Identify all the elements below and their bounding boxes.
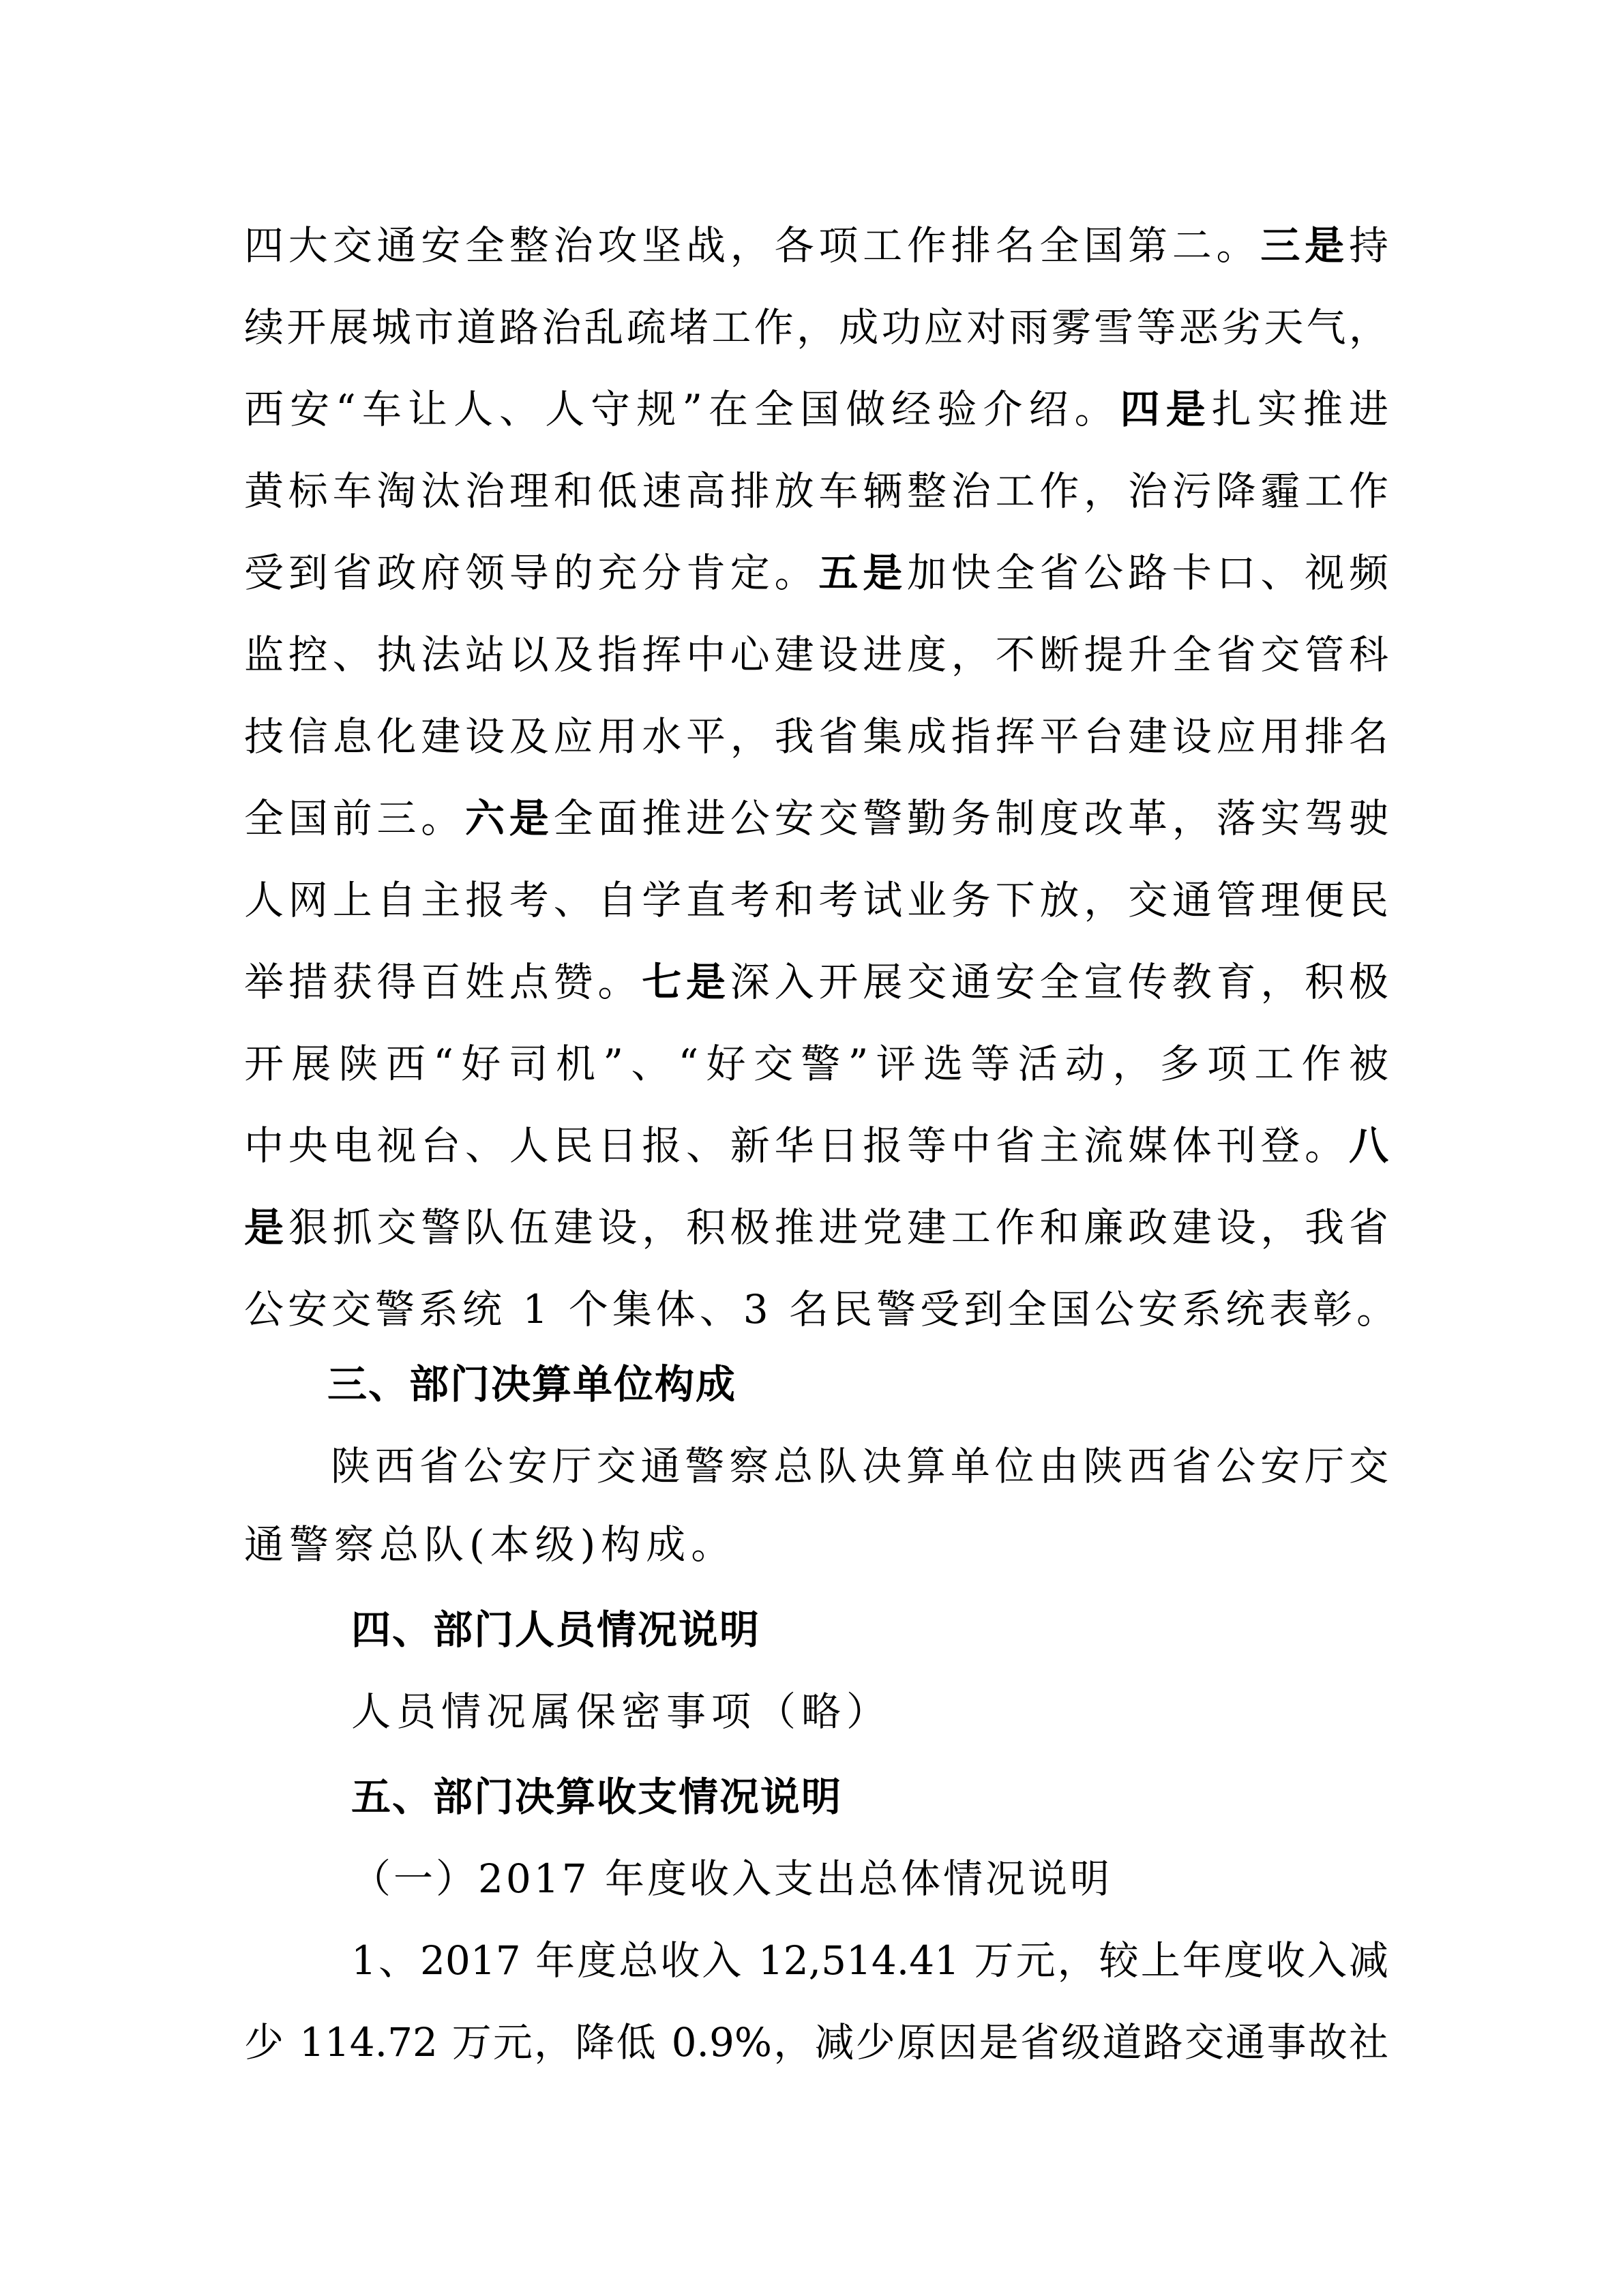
text-run: 狠抓交警队伍建设，积极推进党建工作和廉政建设，我省 [288, 1204, 1388, 1251]
text-run: 开展陕西“好司机”、“好交警”评选等活动，多项工作被 [244, 1041, 1388, 1087]
paragraph-line: 四大交通安全整治攻坚战，各项工作排名全国第二。三是持 [244, 218, 1388, 273]
text-run: 监控、执法站以及指挥中心建设进度，不断提升全省交管科 [244, 631, 1388, 678]
body-line: 陕西省公安厅交通警察总队决算单位由陕西省公安厅交 [331, 1439, 1388, 1493]
text-run: 四大交通安全整治攻坚战，各项工作排名全国第二。 [244, 222, 1260, 269]
bold-lead-phrase: 五是 [818, 550, 907, 596]
text-run: 举措获得百姓点赞。 [244, 959, 642, 1005]
bold-lead-phrase: 四是 [1120, 386, 1212, 432]
paragraph-line: 续开展城市道路治乱疏堵工作，成功应对雨雾雪等恶劣天气， [244, 300, 1388, 355]
text-run: 人网上自主报考、自学直考和考试业务下放，交通管理便民 [244, 877, 1388, 923]
text-run: 全国前三。 [244, 795, 465, 841]
bold-lead-phrase: 七是 [642, 959, 730, 1005]
paragraph-line: 西安“车让人、人守规”在全国做经验介绍。四是扎实推进 [244, 382, 1388, 436]
text-run: 全面推进公安交警勤务制度改革，落实驾驶 [554, 795, 1388, 841]
bold-lead-phrase: 是 [244, 1204, 288, 1251]
bold-lead-phrase: 六是 [465, 795, 554, 841]
paragraph-line: 黄标车淘汰治理和低速高排放车辆整治工作，治污降霾工作 [244, 464, 1388, 518]
body-line-confidential-note: 人员情况属保密事项（略） [351, 1684, 1495, 1739]
paragraph-line: 是狠抓交警队伍建设，积极推进党建工作和廉政建设，我省 [244, 1200, 1388, 1255]
paragraph-line: 全国前三。六是全面推进公安交警勤务制度改革，落实驾驶 [244, 791, 1388, 846]
paragraph-line: 技信息化建设及应用水平，我省集成指挥平台建设应用排名 [244, 709, 1388, 764]
paragraph-line: 监控、执法站以及指挥中心建设进度，不断提升全省交管科 [244, 627, 1388, 682]
subheading-overall-2017: （一）2017 年度收入支出总体情况说明 [351, 1851, 1495, 1906]
paragraph-line: 中央电视台、人民日报、新华日报等中省主流媒体刊登。八 [244, 1118, 1388, 1173]
paragraph-line: 举措获得百姓点赞。七是深入开展交通安全宣传教育，积极 [244, 955, 1388, 1009]
bold-lead-phrase: 三是 [1260, 222, 1349, 269]
section-heading-unit-composition: 三、部门决算单位构成 [327, 1357, 1472, 1412]
text-run: 续开展城市道路治乱疏堵工作，成功应对雨雾雪等恶劣天气， [244, 304, 1388, 351]
body-line: 通警察总队(本级)构成。 [244, 1517, 1388, 1572]
paragraph-line: 人网上自主报考、自学直考和考试业务下放，交通管理便民 [244, 873, 1388, 927]
paragraph-line: 开展陕西“好司机”、“好交警”评选等活动，多项工作被 [244, 1037, 1388, 1091]
text-run: 西安“车让人、人守规”在全国做经验介绍。 [244, 386, 1120, 432]
paragraph-line: 受到省政府领导的充分肯定。五是加快全省公路卡口、视频 [244, 546, 1388, 600]
text-run: 深入开展交通安全宣传教育，积极 [730, 959, 1388, 1005]
text-run: 技信息化建设及应用水平，我省集成指挥平台建设应用排名 [244, 713, 1388, 760]
paragraph-line: 公安交警系统 1 个集体、3 名民警受到全国公安系统表彰。 [244, 1282, 1388, 1337]
body-line-total-income: 1、2017 年度总收入 12,514.41 万元，较上年度收入减 [351, 1933, 1388, 1988]
section-heading-staff: 四、部门人员情况说明 [351, 1602, 1495, 1657]
text-run: 持 [1349, 222, 1388, 269]
body-line-decrease: 少 114.72 万元，降低 0.9%，减少原因是省级道路交通事故社 [244, 2015, 1388, 2070]
text-run: 加快全省公路卡口、视频 [907, 550, 1388, 596]
section-heading-income-expenditure: 五、部门决算收支情况说明 [351, 1770, 1495, 1824]
text-run: 公安交警系统 1 个集体、3 名民警受到全国公安系统表彰。 [244, 1286, 1400, 1332]
text-run: 黄标车淘汰治理和低速高排放车辆整治工作，治污降霾工作 [244, 468, 1388, 514]
text-run: 扎实推进 [1212, 386, 1388, 432]
bold-lead-phrase: 八 [1349, 1122, 1388, 1169]
document-page: 四大交通安全整治攻坚战，各项工作排名全国第二。三是持续开展城市道路治乱疏堵工作，… [0, 0, 1623, 2296]
text-run: 受到省政府领导的充分肯定。 [244, 550, 818, 596]
text-run: 中央电视台、人民日报、新华日报等中省主流媒体刊登。 [244, 1122, 1349, 1169]
